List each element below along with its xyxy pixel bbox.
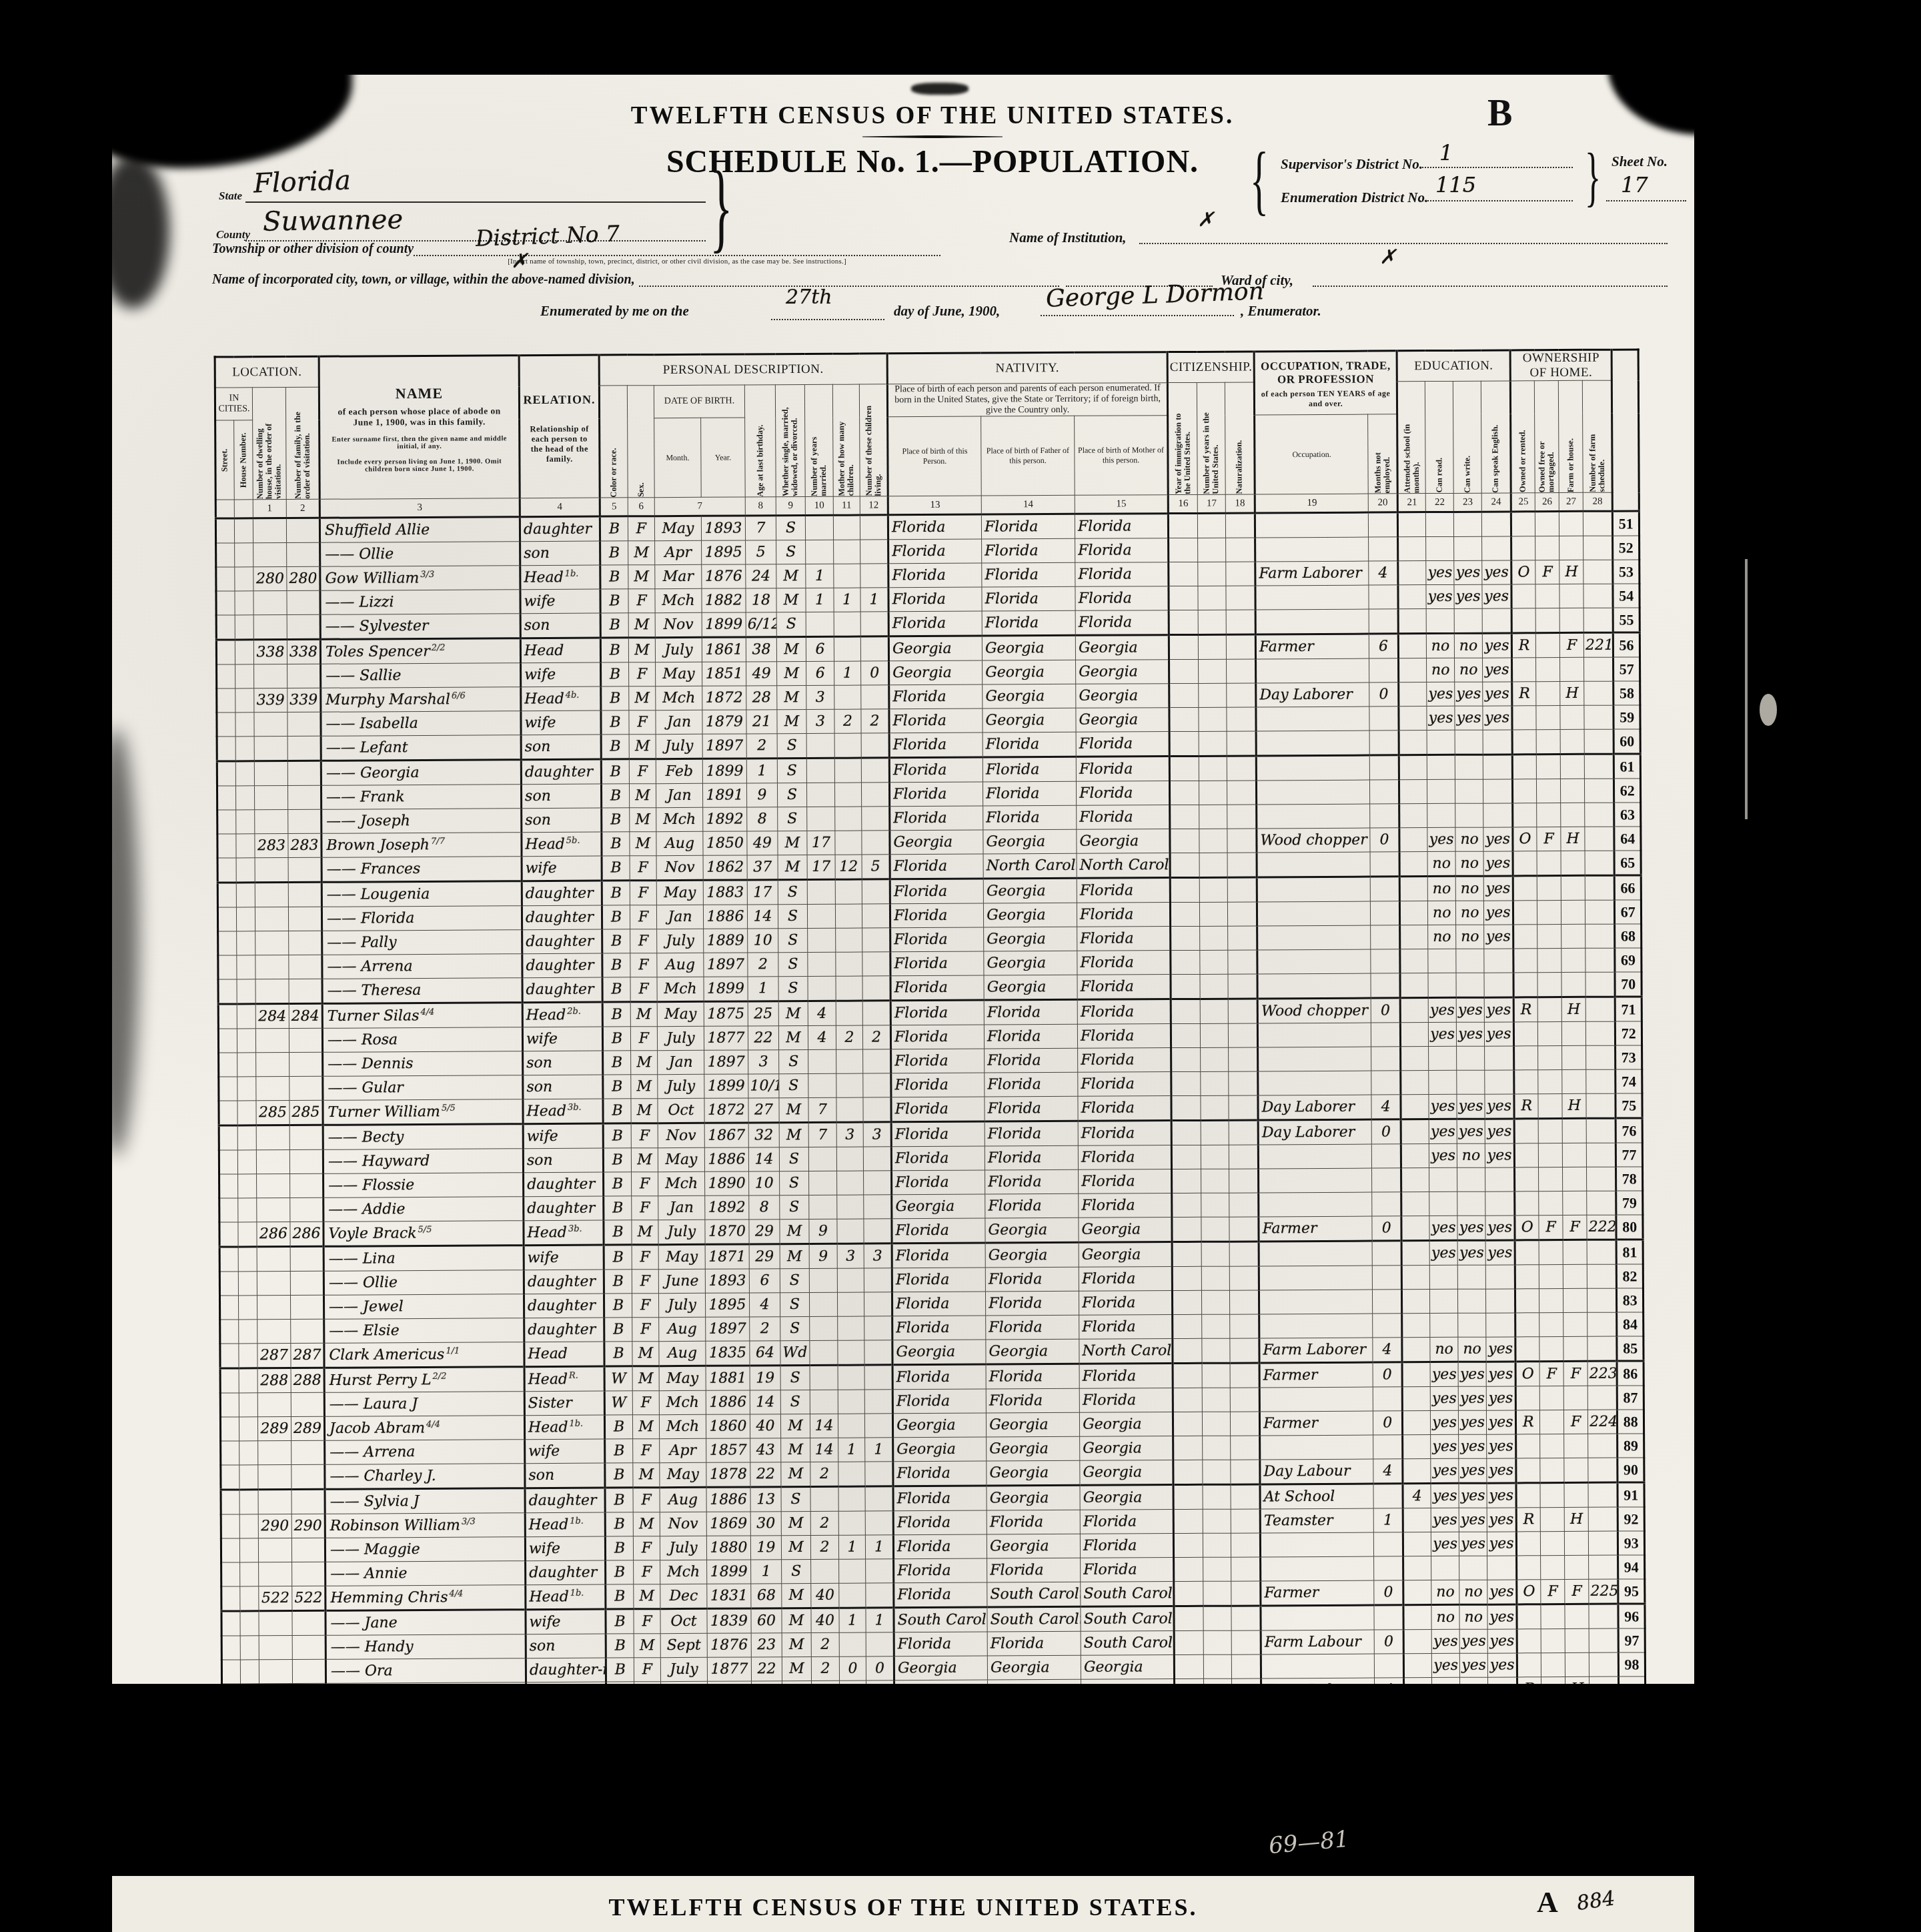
- cell-sex: F: [634, 1560, 660, 1584]
- cell-age: 60: [751, 1608, 782, 1633]
- cell-empty: [1199, 805, 1227, 829]
- cell-relation: wife: [520, 589, 600, 614]
- cell-sex: M: [632, 1366, 659, 1391]
- cell-family: [290, 1271, 324, 1295]
- occupation-title: OCCUPATION, TRADE, OR PROFESSION: [1257, 359, 1395, 386]
- cell-year: 1872: [702, 686, 746, 710]
- cell-family: [292, 1610, 326, 1635]
- cell-color: W: [604, 1366, 632, 1391]
- cell-empty: [238, 1272, 257, 1296]
- cell-year: 1857: [706, 1438, 750, 1462]
- cell-line: 58: [1614, 681, 1640, 705]
- cell-relation: Head5b.: [522, 832, 602, 857]
- cell-farm-schedule: [1586, 1069, 1616, 1093]
- cell-marital: M: [779, 1122, 808, 1147]
- cell-family: [288, 809, 322, 833]
- cell-color: B: [603, 1051, 631, 1075]
- cell-can-read: yes: [1429, 1143, 1457, 1167]
- cell-farm-house: [1561, 972, 1585, 997]
- cell-pob: Florida: [892, 1243, 985, 1268]
- cell-owned-free: [1541, 1629, 1565, 1653]
- cell-owned-free: [1538, 1094, 1562, 1119]
- cell-pob-father: Georgia: [987, 1485, 1080, 1510]
- cell-year: 1861: [702, 637, 746, 662]
- cell-empty: [1199, 853, 1227, 877]
- cell-attended-school: [1402, 1338, 1430, 1362]
- cell-family: [290, 1173, 324, 1197]
- cell-pob: Florida: [893, 1534, 987, 1559]
- cell-can-speak: yes: [1484, 997, 1513, 1022]
- cell-month: July: [660, 1536, 706, 1560]
- cell-pob-father: Florida: [983, 781, 1077, 806]
- cell-owned-rented: [1513, 973, 1537, 997]
- cell-marital: S: [777, 733, 806, 758]
- num-occupation: 19: [1255, 494, 1368, 513]
- cell-occupation: [1255, 609, 1369, 634]
- cell-marital: M: [776, 564, 806, 588]
- cell-owned-rented: [1515, 1386, 1539, 1410]
- cell-can-write: yes: [1459, 1410, 1487, 1434]
- cell-owned-rented: [1512, 755, 1536, 779]
- cell-color: B: [602, 929, 630, 953]
- cell-can-write: [1456, 949, 1484, 973]
- cell-relation: wife: [525, 1439, 605, 1464]
- cell-empty: [220, 1368, 239, 1393]
- cell-months-not-employed: 0: [1371, 1119, 1401, 1144]
- cell-empty: [236, 858, 255, 883]
- cell-family: [289, 1149, 323, 1173]
- cell-children-living: [864, 1414, 892, 1438]
- cell-attended-school: [1403, 1654, 1431, 1678]
- col-naturalization: Naturalization.: [1225, 382, 1255, 494]
- cell-empty: [1230, 1388, 1259, 1412]
- cell-years-married: [806, 733, 834, 758]
- cell-can-speak: yes: [1485, 1022, 1514, 1046]
- cell-family: 289: [291, 1416, 324, 1440]
- cell-line: 93: [1618, 1531, 1645, 1555]
- col-pob: Place of birth of this Person.: [888, 416, 982, 496]
- state-line: [245, 177, 706, 203]
- cell-pob: Florida: [890, 951, 984, 976]
- cell-can-read: [1429, 1046, 1457, 1070]
- cell-months-not-employed: 0: [1373, 1362, 1402, 1387]
- col-immigration: Year of immigration to the United States…: [1167, 382, 1197, 494]
- cell-mother-of: [834, 540, 860, 564]
- cell-empty: [1227, 853, 1257, 877]
- cell-years-married: 14: [810, 1414, 838, 1438]
- cell-years-married: 2: [811, 1656, 839, 1680]
- cell-farm-house: H: [1560, 681, 1584, 705]
- cell-can-read: yes: [1429, 1240, 1457, 1265]
- cell-pob: Florida: [890, 782, 983, 807]
- cell-empty: [237, 931, 255, 955]
- cell-marital: S: [776, 540, 806, 564]
- cell-dwelling: [255, 858, 288, 883]
- cell-family: [291, 1538, 325, 1562]
- cell-empty: [221, 1636, 240, 1660]
- cell-month: Mch: [658, 1171, 705, 1195]
- cell-name: —— Hayward: [323, 1149, 523, 1174]
- cell-attended-school: [1400, 973, 1428, 998]
- cell-marital: S: [778, 928, 808, 952]
- strip-side-letter: A: [1537, 1885, 1558, 1919]
- cell-empty: [1174, 1654, 1203, 1678]
- cell-year: 1886: [706, 1487, 750, 1512]
- cell-marital: S: [778, 807, 807, 831]
- cell-attended-school: [1403, 1630, 1431, 1654]
- cell-color: B: [606, 1560, 634, 1584]
- cell-can-speak: yes: [1485, 1143, 1514, 1167]
- cell-can-write: yes: [1459, 1434, 1487, 1458]
- cell-empty: [218, 979, 237, 1004]
- cell-can-read: [1429, 1070, 1457, 1094]
- cell-empty: [1231, 1509, 1260, 1533]
- cell-owned-free: [1537, 851, 1561, 876]
- cell-line: 57: [1614, 657, 1640, 681]
- cell-age: 1: [746, 759, 777, 783]
- cell-empty: [1198, 634, 1226, 659]
- cell-farm-house: [1560, 754, 1584, 779]
- num-farm: 27: [1559, 492, 1583, 511]
- cell-pob: Georgia: [894, 1680, 988, 1684]
- cell-empty: [240, 1562, 259, 1586]
- strip-title: TWELFTH CENSUS OF THE UNITED STATES.: [112, 1893, 1694, 1921]
- cell-name: —— Frances: [322, 857, 522, 883]
- cell-farm-house: H: [1559, 560, 1583, 584]
- cell-family: [287, 761, 321, 785]
- cell-attended-school: [1399, 706, 1427, 731]
- cell-marital: S: [776, 515, 805, 540]
- cell-mother-of: [837, 1171, 864, 1195]
- cell-can-read: yes: [1429, 1094, 1457, 1119]
- cell-occupation: [1255, 537, 1369, 562]
- cell-marital: S: [777, 758, 806, 783]
- cell-color: B: [604, 1220, 632, 1245]
- cell-age: 27: [748, 1098, 779, 1123]
- cell-farm-schedule: [1588, 1482, 1618, 1507]
- cell-farm-schedule: [1584, 681, 1614, 705]
- cell-children-living: [861, 783, 889, 807]
- cell-family: [289, 955, 322, 979]
- cell-pob: Florida: [889, 757, 983, 783]
- cell-name: —— Arrena: [325, 1440, 525, 1465]
- cell-months-not-employed: 0: [1373, 1411, 1403, 1435]
- cell-empty: [216, 567, 235, 591]
- cell-can-speak: [1481, 512, 1511, 536]
- cell-line: 84: [1617, 1312, 1644, 1336]
- sheet-line: [1606, 181, 1686, 201]
- cell-line: 65: [1614, 851, 1641, 875]
- pencil-annotation: 2/2: [432, 1372, 446, 1382]
- cell-month: Jan: [656, 905, 703, 929]
- cell-marital: M: [782, 1608, 811, 1632]
- cell-occupation: [1257, 1023, 1371, 1047]
- cell-years-married: 6: [806, 661, 834, 685]
- cell-children-living: [863, 1073, 891, 1097]
- cell-can-speak: yes: [1487, 1483, 1516, 1508]
- cell-mother-of: 1: [834, 661, 861, 685]
- cell-empty: [1228, 902, 1257, 926]
- cell-age: 7: [745, 516, 776, 540]
- cell-pob-mother: Florida: [1078, 1096, 1171, 1121]
- cell-year: 1867: [704, 1123, 748, 1147]
- cell-years-married: 40: [811, 1583, 839, 1608]
- cell-family: [289, 979, 322, 1003]
- cell-empty: [1173, 1412, 1203, 1436]
- cell-empty: [1231, 1557, 1261, 1581]
- cell-owned-rented: [1512, 730, 1536, 755]
- cell-color: B: [606, 1658, 634, 1682]
- cell-sex: M: [629, 686, 656, 710]
- cell-can-write: yes: [1459, 1653, 1487, 1677]
- cell-pob-father: Florida: [986, 1291, 1079, 1316]
- cell-family: 287: [291, 1343, 324, 1368]
- cell-color: B: [603, 1099, 631, 1123]
- cell-pob: Florida: [891, 1049, 985, 1073]
- cell-month: May: [658, 1244, 705, 1269]
- cell-pob-mother: Florida: [1077, 975, 1171, 1000]
- cell-empty: [1174, 1630, 1203, 1654]
- cell-can-read: yes: [1426, 560, 1454, 584]
- cell-empty: [239, 1465, 258, 1490]
- cell-month: May: [656, 880, 703, 905]
- cell-pob-mother: Florida: [1077, 878, 1170, 903]
- num-write: 23: [1453, 493, 1481, 512]
- cell-relation: Head: [520, 638, 600, 663]
- cell-farm-schedule: [1587, 1386, 1617, 1410]
- cell-children-living: [861, 733, 889, 758]
- cell-pob: Florida: [891, 1146, 985, 1171]
- cell-empty: [1169, 683, 1199, 707]
- cell-occupation: Farmer: [1259, 1362, 1373, 1388]
- cell-dwelling: [254, 737, 287, 761]
- title-rule: [862, 135, 1003, 138]
- cell-empty: [220, 1417, 239, 1441]
- cell-owned-rented: [1511, 608, 1535, 633]
- cell-color: B: [602, 856, 630, 881]
- cell-age: 2: [746, 734, 777, 759]
- cell-years-married: 9: [809, 1244, 837, 1268]
- cell-empty: [234, 518, 253, 543]
- cell-children-living: 1: [860, 588, 888, 612]
- cell-marital: Wd: [782, 1680, 812, 1684]
- num-pob: 13: [888, 496, 981, 515]
- cell-relation: Head1b.: [526, 1584, 606, 1610]
- cell-can-speak: yes: [1482, 584, 1511, 608]
- cell-dwelling: [253, 615, 287, 640]
- cell-name: —— Florida: [322, 906, 522, 931]
- cell-owned-free: [1539, 1191, 1563, 1216]
- cell-children-living: [860, 636, 888, 661]
- cell-empty: [1226, 634, 1255, 659]
- pencil-annotation: 5/5: [418, 1225, 432, 1235]
- cell-owned-free: [1537, 876, 1561, 901]
- cell-pob-father: Florida: [985, 1096, 1078, 1121]
- cell-can-write: [1455, 755, 1483, 779]
- page-title: TWELFTH CENSUS OF THE UNITED STATES.: [426, 101, 1439, 130]
- cell-empty: [1230, 1338, 1259, 1363]
- cell-empty: [221, 1441, 239, 1465]
- cell-sex: M: [631, 1148, 658, 1172]
- cell-empty: [1199, 829, 1227, 853]
- cell-can-write: [1457, 1265, 1485, 1289]
- cell-empty: [1203, 1436, 1231, 1460]
- cell-empty: [1171, 1145, 1201, 1169]
- cell-empty: [217, 664, 235, 688]
- cell-empty: [1201, 1047, 1229, 1071]
- cell-empty: [238, 1247, 257, 1272]
- cell-color: B: [606, 1634, 634, 1658]
- cell-empty: [1228, 974, 1257, 999]
- cell-relation: son: [525, 1463, 605, 1488]
- cell-can-write: yes: [1455, 706, 1483, 730]
- cell-occupation: [1259, 1241, 1372, 1266]
- cell-can-speak: yes: [1487, 1508, 1516, 1532]
- cell-year: 1877: [707, 1657, 751, 1681]
- cell-occupation: [1257, 804, 1370, 829]
- cell-occupation: [1257, 949, 1371, 974]
- col-mother-of: Mother of how many children.: [832, 384, 860, 496]
- cell-line: 60: [1614, 729, 1640, 754]
- cell-age: 10/12: [748, 1074, 779, 1098]
- cell-family: [287, 590, 320, 614]
- pencil-annotation: 3/3: [420, 570, 434, 580]
- cell-relation: wife: [521, 710, 601, 735]
- cell-children-living: [865, 1462, 893, 1486]
- cell-farm-house: [1564, 1458, 1588, 1482]
- cell-color: B: [600, 638, 628, 662]
- cell-empty: [1229, 1047, 1258, 1071]
- cell-attended-school: [1398, 634, 1426, 658]
- cell-attended-school: [1402, 1314, 1430, 1338]
- cell-empty: [1198, 586, 1226, 610]
- cell-year: 1850: [708, 1681, 752, 1684]
- cell-owned-rented: [1515, 1167, 1539, 1191]
- cell-pob-mother: Florida: [1077, 1024, 1171, 1049]
- cell-relation: son: [526, 1634, 606, 1658]
- cell-farm-house: [1563, 1312, 1587, 1336]
- cell-marital: M: [780, 1414, 810, 1438]
- cell-can-speak: yes: [1483, 682, 1512, 706]
- cell-color: B: [605, 1488, 633, 1512]
- cell-can-speak: yes: [1482, 560, 1511, 584]
- cell-sex: F: [631, 1123, 658, 1148]
- cell-owned-free: [1540, 1458, 1564, 1483]
- cell-age: 2: [748, 953, 778, 977]
- cell-family: 339: [287, 688, 321, 712]
- institution-line: [1139, 224, 1668, 244]
- cell-relation: wife: [523, 1123, 603, 1149]
- cell-attended-school: [1398, 609, 1426, 634]
- cell-pob: Florida: [890, 1000, 984, 1025]
- cell-can-write: no: [1456, 901, 1484, 925]
- cell-empty: [1199, 683, 1227, 707]
- cell-line: 51: [1613, 511, 1640, 536]
- cell-empty: [238, 1198, 257, 1222]
- cell-dwelling: 522: [259, 1586, 292, 1611]
- cell-sex: M: [631, 1099, 658, 1123]
- cell-year: 1895: [705, 1293, 749, 1317]
- cell-name: —— Jane: [326, 1610, 526, 1636]
- cell-years-married: 17: [807, 855, 835, 879]
- cell-owned-rented: R: [1513, 997, 1537, 1022]
- cell-year: 1891: [702, 783, 746, 807]
- cell-name: Voyle Brack5/5: [324, 1221, 524, 1247]
- city-label: Name of incorporated city, town, or vill…: [212, 272, 635, 288]
- cell-marital: M: [782, 1656, 811, 1680]
- cell-attended-school: [1403, 1459, 1431, 1484]
- cell-months-not-employed: [1369, 731, 1399, 755]
- cell-dwelling: 289: [257, 1417, 291, 1441]
- cell-color: B: [604, 1172, 632, 1196]
- cell-line: 97: [1618, 1628, 1645, 1652]
- cell-can-read: yes: [1427, 682, 1455, 706]
- cell-years-married: [807, 879, 835, 904]
- cell-pob: Florida: [894, 1582, 987, 1608]
- col-free: Owned free or mortgaged.: [1535, 381, 1559, 493]
- cell-color: B: [605, 1439, 633, 1463]
- cell-farm-house: F: [1564, 1410, 1588, 1434]
- cell-name: —— Georgia: [321, 760, 521, 786]
- cell-age: 22: [750, 1462, 781, 1487]
- cell-can-speak: yes: [1485, 1094, 1514, 1119]
- cell-year: 1897: [704, 1050, 748, 1074]
- cell-month: Aug: [659, 1341, 706, 1366]
- cell-empty: [1173, 1509, 1203, 1533]
- cell-year: 1897: [704, 953, 748, 977]
- cell-empty: [221, 1562, 240, 1586]
- cell-age: 29: [749, 1244, 780, 1269]
- cell-color: B: [604, 1196, 632, 1220]
- cell-occupation: [1256, 658, 1369, 683]
- cell-mother-of: [838, 1511, 865, 1535]
- cell-line: 63: [1614, 803, 1641, 827]
- cell-mother-of: [834, 733, 861, 758]
- cell-months-not-employed: [1371, 1144, 1401, 1168]
- cell-owned-free: [1539, 1240, 1563, 1265]
- cell-dwelling: 283: [255, 834, 288, 858]
- cell-pob-mother: Florida: [1077, 927, 1171, 951]
- cell-empty: [1200, 974, 1228, 999]
- cell-farm-house: F: [1559, 632, 1583, 657]
- cell-age: 18: [746, 588, 776, 612]
- cell-marital: M: [777, 709, 806, 733]
- cell-empty: [1199, 877, 1227, 902]
- cell-dwelling: [254, 761, 287, 786]
- col-year: Year.: [701, 418, 746, 497]
- cell-can-write: [1457, 1167, 1485, 1191]
- cell-mother-of: [836, 976, 862, 1001]
- cell-age: 14: [747, 905, 778, 929]
- cell-can-write: yes: [1458, 1386, 1486, 1410]
- cell-attended-school: [1401, 1095, 1429, 1119]
- cell-years-married: 4: [808, 1001, 836, 1025]
- cell-can-read: [1426, 608, 1454, 633]
- cell-name: Gow William3/3: [320, 566, 520, 591]
- pencil-annotation: 4/4: [420, 1007, 434, 1017]
- cell-owned-rented: [1511, 512, 1535, 536]
- cell-months-not-employed: 4: [1373, 1338, 1402, 1362]
- cell-year: 1831: [707, 1584, 751, 1608]
- cell-years-married: [811, 1559, 839, 1583]
- cell-years-married: 2: [810, 1511, 838, 1535]
- pencil-annotation: R.: [569, 1371, 578, 1381]
- cell-months-not-employed: [1374, 1556, 1403, 1580]
- cell-mother-of: [837, 1268, 864, 1292]
- num-house: [234, 500, 253, 518]
- cell-empty: [1201, 1242, 1229, 1266]
- cell-pob: Florida: [890, 879, 983, 904]
